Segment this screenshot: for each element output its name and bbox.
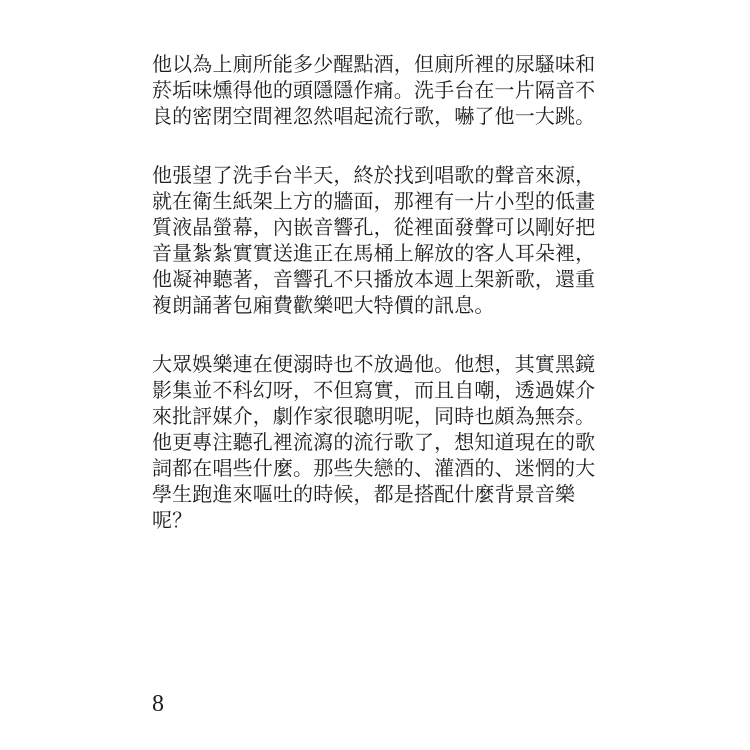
text-line: 他以為上廁所能多少醒點酒，但廁所裡的尿騷味和 <box>152 52 602 78</box>
text-line: 良的密閉空間裡忽然唱起流行歌，嚇了他一大跳。 <box>152 104 602 130</box>
page-number: 8 <box>152 691 164 717</box>
text-line: 菸垢味燻得他的頭隱隱作痛。洗手台在一片隔音不 <box>152 78 602 104</box>
text-line: 複朗誦著包廂費歡樂吧大特價的訊息。 <box>152 293 602 319</box>
text-line: 來批評媒介，劇作家很聰明呢，同時也頗為無奈。 <box>152 404 602 430</box>
text-line: 質液晶螢幕，內嵌音響孔，從裡面發聲可以剛好把 <box>152 215 602 241</box>
text-line: 他凝神聽著，音響孔不只播放本週上架新歌，還重 <box>152 267 602 293</box>
text-line: 學生跑進來嘔吐的時候，都是搭配什麼背景音樂 <box>152 482 602 508</box>
text-line: 他更專注聽孔裡流瀉的流行歌了，想知道現在的歌 <box>152 430 602 456</box>
book-page: 他以為上廁所能多少醒點酒，但廁所裡的尿騷味和 菸垢味燻得他的頭隱隱作痛。洗手台在… <box>0 0 750 750</box>
text-line: 詞都在唱些什麼。那些失戀的、灌酒的、迷惘的大 <box>152 456 602 482</box>
text-line: 影集並不科幻呀，不但寫實，而且自嘲，透過媒介 <box>152 378 602 404</box>
paragraph-2: 他張望了洗手台半天，終於找到唱歌的聲音來源， 就在衛生紙架上方的牆面，那裡有一片… <box>152 163 602 319</box>
body-text: 他以為上廁所能多少醒點酒，但廁所裡的尿騷味和 菸垢味燻得他的頭隱隱作痛。洗手台在… <box>152 52 602 567</box>
text-line: 呢？ <box>152 508 602 534</box>
text-line: 他張望了洗手台半天，終於找到唱歌的聲音來源， <box>152 163 602 189</box>
text-line: 大眾娛樂連在便溺時也不放過他。他想，其實黑鏡 <box>152 352 602 378</box>
text-line: 音量紮紮實實送進正在馬桶上解放的客人耳朵裡， <box>152 241 602 267</box>
paragraph-1: 他以為上廁所能多少醒點酒，但廁所裡的尿騷味和 菸垢味燻得他的頭隱隱作痛。洗手台在… <box>152 52 602 130</box>
paragraph-3: 大眾娛樂連在便溺時也不放過他。他想，其實黑鏡 影集並不科幻呀，不但寫實，而且自嘲… <box>152 352 602 534</box>
text-line: 就在衛生紙架上方的牆面，那裡有一片小型的低畫 <box>152 189 602 215</box>
